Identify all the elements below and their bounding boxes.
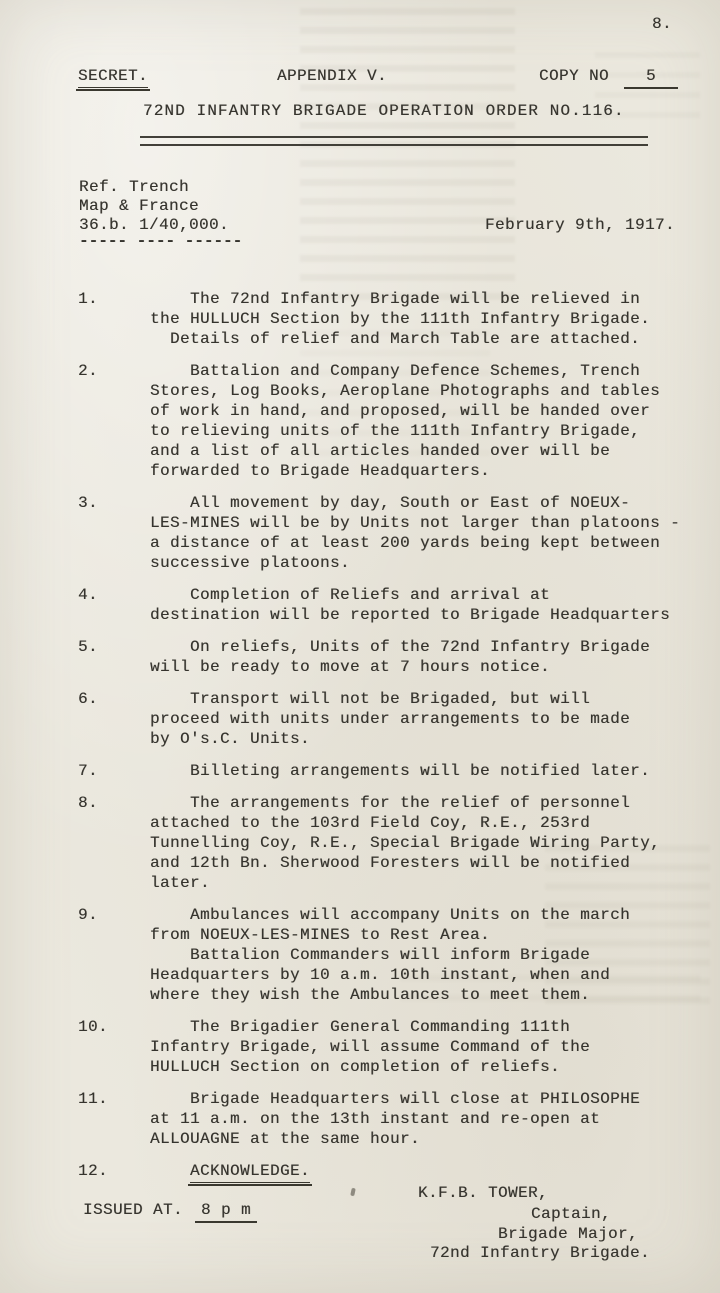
item-number: 1. <box>78 289 150 349</box>
issued-at-time: 8 p m <box>195 1200 257 1223</box>
order-item-1: 1. The 72nd Infantry Brigade will be rel… <box>78 289 714 349</box>
page-number: 8. <box>652 14 672 34</box>
item-number: 8. <box>78 793 150 893</box>
item-text: All movement by day, South or East of NO… <box>150 493 680 573</box>
title-underline-rule <box>140 136 648 146</box>
item-number: 7. <box>78 761 150 781</box>
order-items: 1. The 72nd Infantry Brigade will be rel… <box>78 289 714 1195</box>
appendix-label: APPENDIX V. <box>277 66 387 86</box>
item-text: Brigade Headquarters will close at PHILO… <box>150 1089 640 1149</box>
item-number: 2. <box>78 361 150 481</box>
order-item-9: 9. Ambulances will accompany Units on th… <box>78 905 714 1005</box>
item-text: The Brigadier General Commanding 111th I… <box>150 1017 590 1077</box>
copy-no-label: COPY NO <box>539 67 609 85</box>
issued-at-label: ISSUED AT. <box>83 1201 183 1219</box>
order-item-10: 10. The Brigadier General Commanding 111… <box>78 1017 714 1077</box>
issued-at: ISSUED AT.8 p m <box>83 1200 257 1223</box>
item-number: 5. <box>78 637 150 677</box>
order-item-8: 8. The arrangements for the relief of pe… <box>78 793 714 893</box>
item-text: Ambulances will accompany Units on the m… <box>150 905 630 1005</box>
map-reference-line-2: Map & France <box>79 196 199 216</box>
order-item-4: 4. Completion of Reliefs and arrival at … <box>78 585 714 625</box>
map-reference-line-1: Ref. Trench <box>79 177 189 197</box>
signature-name: K.F.B. TOWER, <box>418 1183 548 1203</box>
item-number: 10. <box>78 1017 150 1077</box>
item-text: ACKNOWLEDGE. <box>150 1161 310 1183</box>
item-number: 12. <box>78 1161 150 1183</box>
order-item-3: 3. All movement by day, South or East of… <box>78 493 714 573</box>
signature-unit: 72nd Infantry Brigade. <box>430 1243 650 1263</box>
item-number: 4. <box>78 585 150 625</box>
map-reference-dashes: ----- ---- ------ <box>79 231 242 251</box>
order-item-6: 6. Transport will not be Brigaded, but w… <box>78 689 714 749</box>
item-number: 9. <box>78 905 150 1005</box>
classification-text: SECRET. <box>78 66 148 88</box>
order-item-5: 5. On reliefs, Units of the 72nd Infantr… <box>78 637 714 677</box>
item-text: The 72nd Infantry Brigade will be reliev… <box>150 289 650 349</box>
order-item-11: 11. Brigade Headquarters will close at P… <box>78 1089 714 1149</box>
document-date: February 9th, 1917. <box>485 215 675 235</box>
stray-ink-mark <box>350 1188 356 1197</box>
signature-rank: Captain, <box>531 1204 611 1224</box>
classification-label: SECRET. <box>78 66 148 88</box>
bleedthrough-smudge <box>300 8 515 303</box>
item-text: Transport will not be Brigaded, but will… <box>150 689 630 749</box>
acknowledge-text: ACKNOWLEDGE. <box>190 1161 310 1183</box>
document-page: 8. SECRET. APPENDIX V. COPY NO5 72ND INF… <box>0 0 720 1293</box>
item-number: 6. <box>78 689 150 749</box>
item-number: 3. <box>78 493 150 573</box>
copy-no-value: 5 <box>624 66 678 89</box>
copy-number: COPY NO5 <box>539 66 678 89</box>
order-item-2: 2. Battalion and Company Defence Schemes… <box>78 361 714 481</box>
order-item-7: 7. Billeting arrangements will be notifi… <box>78 761 714 781</box>
item-text: Billeting arrangements will be notified … <box>150 761 650 781</box>
signature-role: Brigade Major, <box>498 1224 638 1244</box>
item-text: The arrangements for the relief of perso… <box>150 793 660 893</box>
item-text: Completion of Reliefs and arrival at des… <box>150 585 670 625</box>
item-text: On reliefs, Units of the 72nd Infantry B… <box>150 637 650 677</box>
item-text: Battalion and Company Defence Schemes, T… <box>150 361 660 481</box>
order-item-12: 12.ACKNOWLEDGE. <box>78 1161 714 1183</box>
item-number: 11. <box>78 1089 150 1149</box>
document-title: 72ND INFANTRY BRIGADE OPERATION ORDER NO… <box>143 101 625 121</box>
